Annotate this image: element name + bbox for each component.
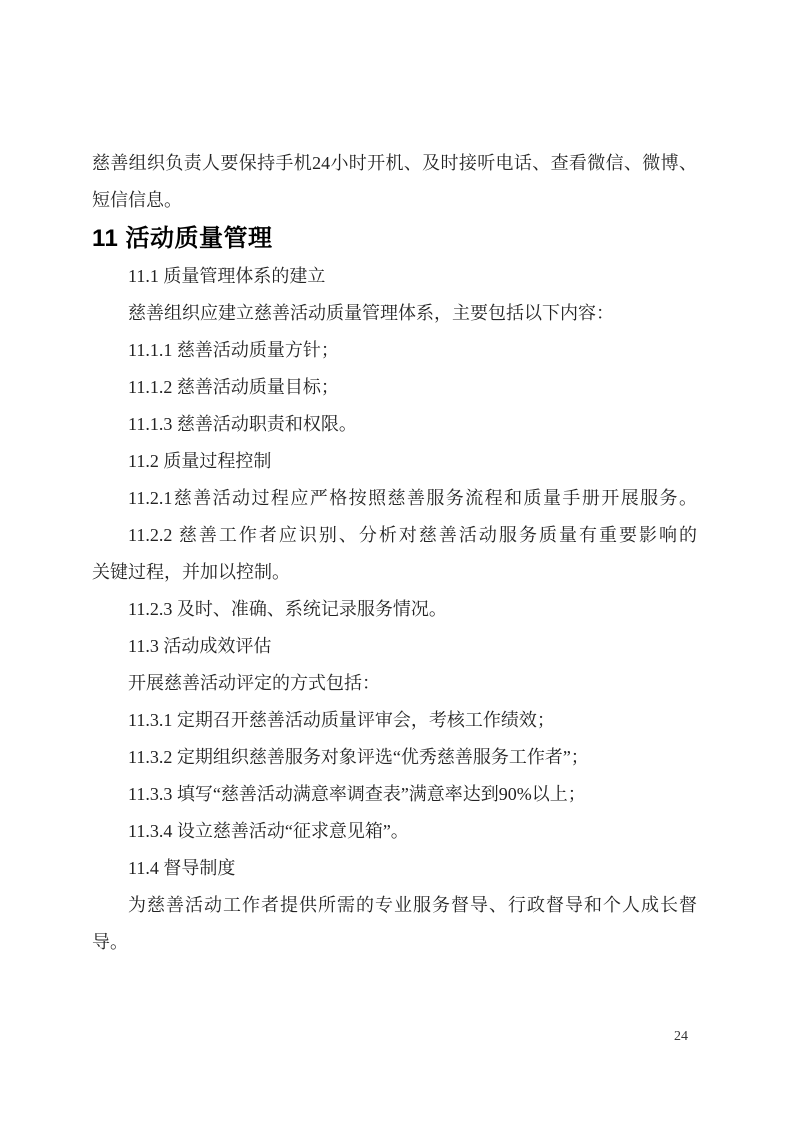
text-line: 11.2.3 及时、准确、系统记录服务情况。 xyxy=(92,591,697,628)
document-page: 慈善组织负责人要保持手机24小时开机、及时接听电话、查看微信、微博、 短信信息。… xyxy=(0,0,793,1122)
text-line: 11.2 质量过程控制 xyxy=(92,443,697,480)
text-line: 慈善组织负责人要保持手机24小时开机、及时接听电话、查看微信、微博、 xyxy=(92,145,697,182)
text-line: 11.3.1 定期召开慈善活动质量评审会，考核工作绩效； xyxy=(92,702,697,739)
page-number: 24 xyxy=(674,1029,688,1045)
text-line: 11.4 督导制度 xyxy=(92,850,697,887)
text-line: 11.2.2 慈善工作者应识别、分析对慈善活动服务质量有重要影响的 xyxy=(92,517,697,554)
text-line: 11.3.2 定期组织慈善服务对象评选“优秀慈善服务工作者”； xyxy=(92,739,697,776)
section-heading: 11 活动质量管理 xyxy=(92,223,697,254)
text-line: 11.1.1 慈善活动质量方针； xyxy=(92,332,697,369)
text-line: 11.3.4 设立慈善活动“征求意见箱”。 xyxy=(92,813,697,850)
text-line: 开展慈善活动评定的方式包括： xyxy=(92,665,697,702)
text-line: 慈善组织应建立慈善活动质量管理体系，主要包括以下内容： xyxy=(92,295,697,332)
text-line: 导。 xyxy=(92,924,697,961)
text-line: 11.2.1慈善活动过程应严格按照慈善服务流程和质量手册开展服务。 xyxy=(92,480,697,517)
text-line: 11.3.3 填写“慈善活动满意率调查表”满意率达到90%以上； xyxy=(92,776,697,813)
text-line: 11.3 活动成效评估 xyxy=(92,628,697,665)
text-line: 11.1 质量管理体系的建立 xyxy=(92,258,697,295)
text-line: 11.1.3 慈善活动职责和权限。 xyxy=(92,406,697,443)
document-body: 慈善组织负责人要保持手机24小时开机、及时接听电话、查看微信、微博、 短信信息。… xyxy=(92,145,697,961)
text-line: 关键过程，并加以控制。 xyxy=(92,554,697,591)
text-line: 11.1.2 慈善活动质量目标； xyxy=(92,369,697,406)
text-line: 为慈善活动工作者提供所需的专业服务督导、行政督导和个人成长督 xyxy=(92,887,697,924)
text-line: 短信信息。 xyxy=(92,182,697,219)
